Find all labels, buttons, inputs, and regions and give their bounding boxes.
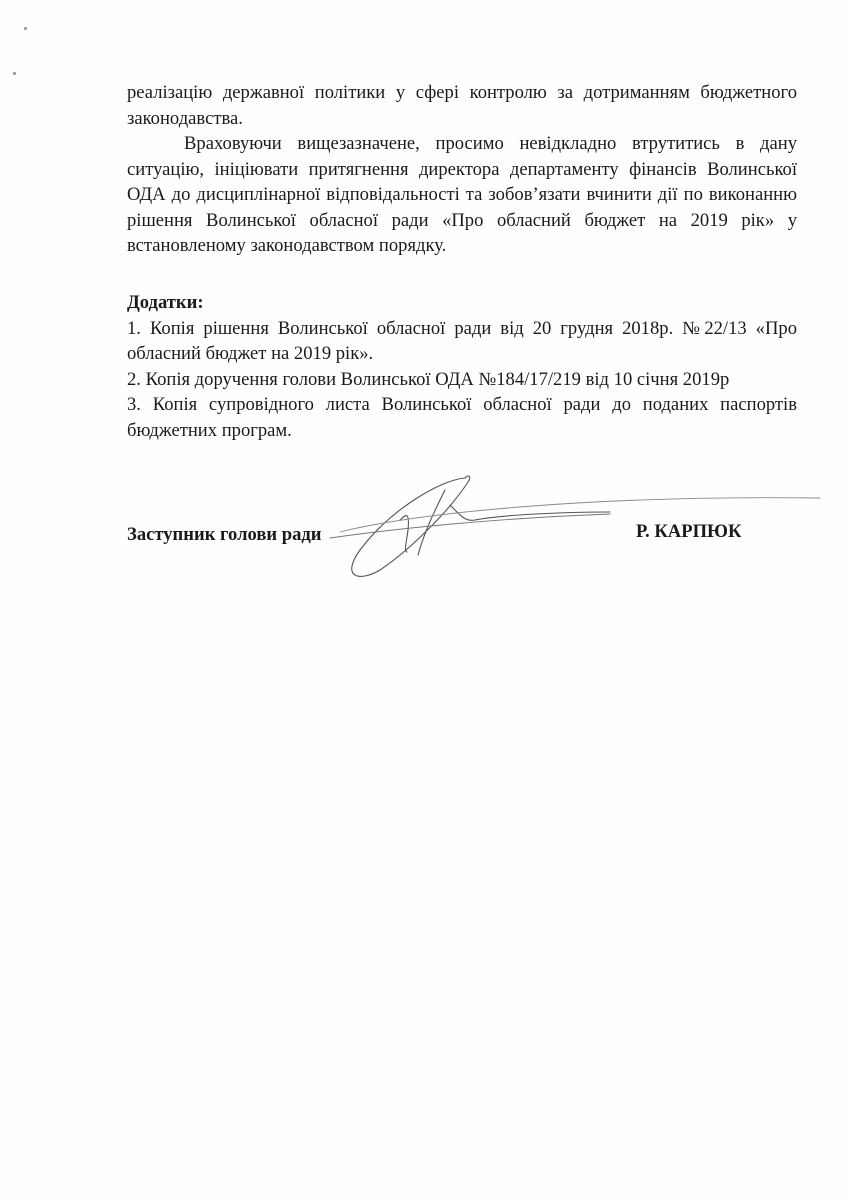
body-paragraph-1: реалізацію державної політики у сфері ко…	[127, 80, 797, 131]
letter-body: реалізацію державної політики у сфері ко…	[127, 80, 797, 259]
signatory-position: Заступник голови ради	[127, 524, 322, 546]
scan-artifact	[24, 27, 27, 30]
attachment-item-3: 3. Копія супровідного листа Волинської о…	[127, 392, 797, 443]
attachment-item-2: 2. Копія доручення голови Волинської ОДА…	[127, 367, 797, 393]
attachments-section: Додатки: 1. Копія рішення Волинської обл…	[127, 290, 797, 443]
body-paragraph-2: Враховуючи вищезазначене, просимо невідк…	[127, 131, 797, 259]
scan-artifact	[13, 72, 16, 75]
document-page: реалізацію державної політики у сфері ко…	[0, 0, 848, 1200]
attachment-item-1: 1. Копія рішення Волинської обласної рад…	[127, 316, 797, 367]
handwritten-signature-icon	[300, 470, 840, 590]
attachments-title: Додатки:	[127, 290, 797, 316]
